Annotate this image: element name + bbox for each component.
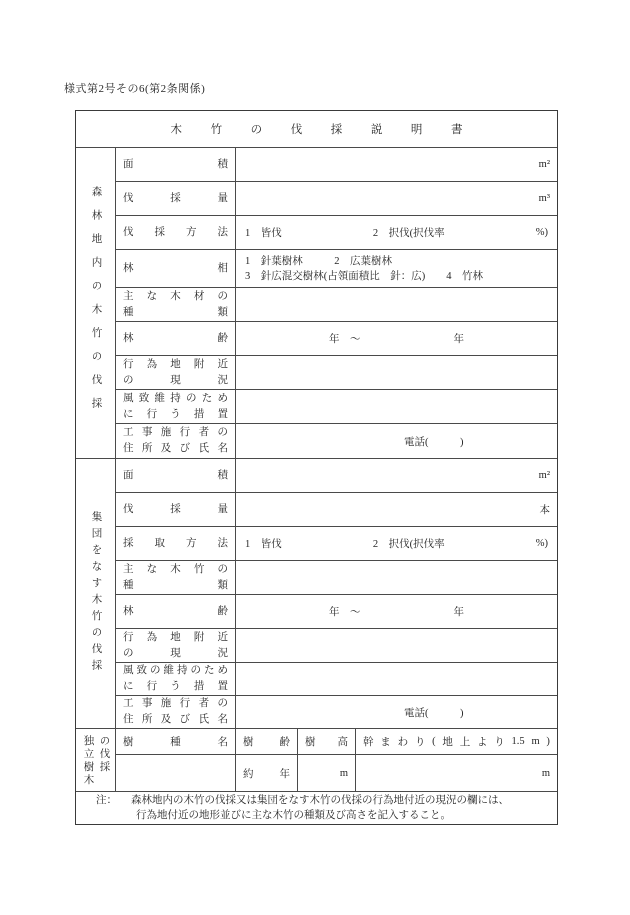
s2-scenic-measures-label: 風致の維持のため に行う措置 — [116, 663, 236, 695]
s1-area-value-cell[interactable]: m² — [236, 148, 557, 181]
s2-volume-label-text: 伐採量 — [123, 503, 228, 517]
s2-site-condition-label: 行為地附近 の現況 — [116, 629, 236, 662]
s1-scenic-measures-label-line2: に行う措置 — [123, 408, 228, 422]
s1-contractor-label: 工事施行者の 住所及び氏名 — [116, 424, 236, 458]
s2-stand-age-label-text: 林齢 — [123, 605, 228, 619]
s1-row-main-timber-type: 主な木材の 種類 — [116, 288, 557, 322]
s1-timber-type-label-line2: 種類 — [123, 306, 228, 320]
s2-method-label: 採取方法 — [116, 527, 236, 560]
s3-header-age: 樹齢 — [236, 729, 298, 754]
s1-method-value-cell[interactable]: 1 皆伐 2 択伐(択伐率 %) — [236, 216, 557, 249]
s2-row-site-condition: 行為地附近 の現況 — [116, 629, 557, 663]
section-standalone-tree-felling: 独立樹木 の伐採 樹種名 樹齢 樹高 幹まわり(地上より1.5m) 約年 m m — [76, 729, 557, 792]
s2-area-label: 面積 — [116, 459, 236, 492]
section-grouped-trees-felling: 集団をなす木竹の伐採 面積 m² 伐採量 本 採取方法 1 皆伐 2 択伐(択伐… — [76, 459, 557, 729]
s1-forest-type-line2: 3 針広混交樹林(占領面積比 針：広) 4 竹林 — [245, 269, 548, 284]
footnote-line1: 注：森林地内の木竹の伐採又は集団をなす木竹の伐採の行為地付近の現況の欄には、 — [96, 794, 549, 809]
s2-row-area: 面積 m² — [116, 459, 557, 493]
footnote-text1: 森林地内の木竹の伐採又は集団をなす木竹の伐採の行為地付近の現況の欄には、 — [131, 795, 509, 806]
s1-site-condition-value-cell[interactable] — [236, 356, 557, 389]
s1-timber-type-label: 主な木材の 種類 — [116, 288, 236, 321]
s3-header-row: 樹種名 樹齢 樹高 幹まわり(地上より1.5m) — [116, 729, 557, 755]
section3-rows: 樹種名 樹齢 樹高 幹まわり(地上より1.5m) 約年 m m — [116, 729, 557, 791]
s1-volume-label-text: 伐採量 — [123, 192, 228, 206]
s2-row-main-tree-type: 主な木竹の 種類 — [116, 561, 557, 595]
s2-tree-type-label: 主な木竹の 種類 — [116, 561, 236, 594]
footnote: 注：森林地内の木竹の伐採又は集団をなす木竹の伐採の行為地付近の現況の欄には、 行… — [76, 792, 557, 824]
s2-contractor-phone: 電話( ) — [404, 705, 464, 720]
s1-row-contractor: 工事施行者の 住所及び氏名 電話( ) — [116, 424, 557, 458]
s1-scenic-measures-label-line1: 風致維持のため — [123, 392, 228, 406]
s3-data-row: 約年 m m — [116, 755, 557, 791]
s1-row-felling-method: 伐採方法 1 皆伐 2 択伐(択伐率 %) — [116, 216, 557, 250]
section-forest-area-felling: 森林地内の木竹の伐採 面積 m² 伐採量 m³ 伐採方法 1 皆伐 2 択伐(択… — [76, 148, 557, 459]
s2-volume-label: 伐採量 — [116, 493, 236, 526]
s1-site-condition-label: 行為地附近 の現況 — [116, 356, 236, 389]
s1-row-area: 面積 m² — [116, 148, 557, 182]
section2-side-label-cell: 集団をなす木竹の伐採 — [76, 459, 116, 728]
section1-side-label: 森林地内の木竹の伐採 — [76, 186, 116, 421]
s1-method-label: 伐採方法 — [116, 216, 236, 249]
section2-side-label: 集団をなす木竹の伐採 — [76, 511, 116, 676]
s2-tree-type-label-line2: 種類 — [123, 579, 228, 593]
form-title-row: 木竹の伐採説明書 — [76, 111, 557, 148]
s2-stand-age-value-cell[interactable]: 年 ～ 年 — [236, 595, 557, 628]
s2-contractor-label-line2: 住所及び氏名 — [123, 713, 228, 727]
s1-volume-value-cell[interactable]: m³ — [236, 182, 557, 215]
form-title: 木竹の伐採説明書 — [171, 121, 463, 137]
s1-area-label: 面積 — [116, 148, 236, 181]
s2-row-stand-age: 林齢 年 ～ 年 — [116, 595, 557, 629]
s2-area-value-cell[interactable]: m² — [236, 459, 557, 492]
s2-method-percent-close: %) — [536, 538, 548, 549]
s1-row-site-condition: 行為地附近 の現況 — [116, 356, 557, 390]
s2-row-contractor: 工事施行者の 住所及び氏名 電話( ) — [116, 696, 557, 728]
s1-stand-age-to: 年 — [454, 331, 465, 346]
s2-area-unit: m² — [539, 470, 550, 481]
s1-scenic-measures-value-cell[interactable] — [236, 390, 557, 423]
s1-site-condition-label-line2: の現況 — [123, 374, 228, 388]
s2-method-option-selective: 2 択伐(択伐率 — [373, 536, 445, 551]
s2-contractor-label: 工事施行者の 住所及び氏名 — [116, 696, 236, 728]
s1-stand-age-from: 年 ～ — [329, 331, 361, 346]
s1-method-label-text: 伐採方法 — [123, 226, 228, 240]
s1-method-option-clearcut: 1 皆伐 — [245, 225, 282, 240]
s2-method-option-clearcut: 1 皆伐 — [245, 536, 282, 551]
s2-method-label-text: 採取方法 — [123, 537, 228, 551]
s2-stand-age-from: 年 ～ — [329, 604, 361, 619]
s3-header-species: 樹種名 — [116, 729, 236, 754]
footnote-line2: 行為地付近の地形並びに主な木竹の種類及び高さを記入すること。 — [136, 809, 549, 824]
s3-age-value-cell[interactable]: 約年 — [236, 755, 298, 791]
s1-timber-type-label-line1: 主な木材の — [123, 290, 228, 304]
s3-girth-value-cell[interactable]: m — [356, 755, 557, 791]
s1-method-percent-close: %) — [536, 227, 548, 238]
s1-contractor-label-line1: 工事施行者の — [123, 426, 228, 440]
s3-girth-unit: m — [542, 768, 550, 779]
s2-row-scenic-measures: 風致の維持のため に行う措置 — [116, 663, 557, 696]
s2-method-value-cell[interactable]: 1 皆伐 2 択伐(択伐率 %) — [236, 527, 557, 560]
s2-site-condition-value-cell[interactable] — [236, 629, 557, 662]
s1-contractor-phone: 電話( ) — [404, 434, 464, 449]
s1-timber-type-value-cell[interactable] — [236, 288, 557, 321]
s2-tree-type-label-line1: 主な木竹の — [123, 563, 228, 577]
document-page: { "page": { "form_code": "様式第2号その6(第2条関係… — [0, 0, 630, 915]
s1-row-stand-age: 林齢 年 ～ 年 — [116, 322, 557, 356]
s2-scenic-measures-label-line2: に行う措置 — [123, 680, 228, 694]
s2-stand-age-label: 林齢 — [116, 595, 236, 628]
s1-forest-type-label: 林相 — [116, 250, 236, 287]
s1-stand-age-value-cell[interactable]: 年 ～ 年 — [236, 322, 557, 355]
s2-stand-age-to: 年 — [454, 604, 465, 619]
form-code-heading: 様式第2号その6(第2条関係) — [64, 80, 205, 96]
felling-explanation-form-table: 木竹の伐採説明書 森林地内の木竹の伐採 面積 m² 伐採量 m³ 伐採方法 1 … — [75, 110, 558, 825]
s2-volume-value-cell[interactable]: 本 — [236, 493, 557, 526]
section3-side-label: 独立樹木 の伐採 — [80, 734, 112, 787]
s1-row-scenic-measures: 風致維持のため に行う措置 — [116, 390, 557, 424]
section1-rows: 面積 m² 伐採量 m³ 伐採方法 1 皆伐 2 択伐(択伐率 %) 林相 1 … — [116, 148, 557, 458]
s3-header-girth: 幹まわり(地上より1.5m) — [356, 729, 557, 754]
s1-forest-type-label-text: 林相 — [123, 262, 228, 276]
s2-scenic-measures-label-line1: 風致の維持のため — [123, 664, 228, 678]
s1-stand-age-label: 林齢 — [116, 322, 236, 355]
s2-scenic-measures-value-cell[interactable] — [236, 663, 557, 695]
s2-row-harvest-method: 採取方法 1 皆伐 2 択伐(択伐率 %) — [116, 527, 557, 561]
s2-row-felling-volume: 伐採量 本 — [116, 493, 557, 527]
s1-stand-age-label-text: 林齢 — [123, 332, 228, 346]
s1-volume-label: 伐採量 — [116, 182, 236, 215]
s1-area-unit: m² — [539, 159, 550, 170]
section1-side-label-cell: 森林地内の木竹の伐採 — [76, 148, 116, 458]
s1-row-forest-type: 林相 1 針葉樹林 2 広葉樹林 3 針広混交樹林(占領面積比 針：広) 4 竹… — [116, 250, 557, 288]
footnote-prefix: 注： — [96, 795, 117, 806]
s3-height-unit: m — [340, 768, 348, 779]
s1-contractor-value-cell[interactable]: 電話( ) — [236, 424, 557, 458]
section2-rows: 面積 m² 伐採量 本 採取方法 1 皆伐 2 択伐(択伐率 %) 主な木竹の … — [116, 459, 557, 728]
s3-header-height: 樹高 — [298, 729, 356, 754]
s2-contractor-value-cell[interactable]: 電話( ) — [236, 696, 557, 728]
s1-area-label-text: 面積 — [123, 158, 228, 172]
s1-method-option-selective: 2 択伐(択伐率 — [373, 225, 445, 240]
s1-forest-type-value-cell[interactable]: 1 針葉樹林 2 広葉樹林 3 針広混交樹林(占領面積比 針：広) 4 竹林 — [236, 250, 557, 287]
s2-contractor-label-line1: 工事施行者の — [123, 697, 228, 711]
s1-scenic-measures-label: 風致維持のため に行う措置 — [116, 390, 236, 423]
s2-tree-type-value-cell[interactable] — [236, 561, 557, 594]
s1-site-condition-label-line1: 行為地附近 — [123, 358, 228, 372]
s3-species-value-cell[interactable] — [116, 755, 236, 791]
s2-area-label-text: 面積 — [123, 469, 228, 483]
section3-side-label-cell: 独立樹木 の伐採 — [76, 729, 116, 791]
s2-site-condition-label-line1: 行為地附近 — [123, 631, 228, 645]
s3-height-value-cell[interactable]: m — [298, 755, 356, 791]
s2-site-condition-label-line2: の現況 — [123, 647, 228, 661]
s1-row-felling-volume: 伐採量 m³ — [116, 182, 557, 216]
s1-forest-type-line1: 1 針葉樹林 2 広葉樹林 — [245, 254, 548, 269]
s1-contractor-label-line2: 住所及び氏名 — [123, 442, 228, 456]
s1-volume-unit: m³ — [539, 193, 550, 204]
s2-volume-unit: 本 — [540, 502, 551, 517]
